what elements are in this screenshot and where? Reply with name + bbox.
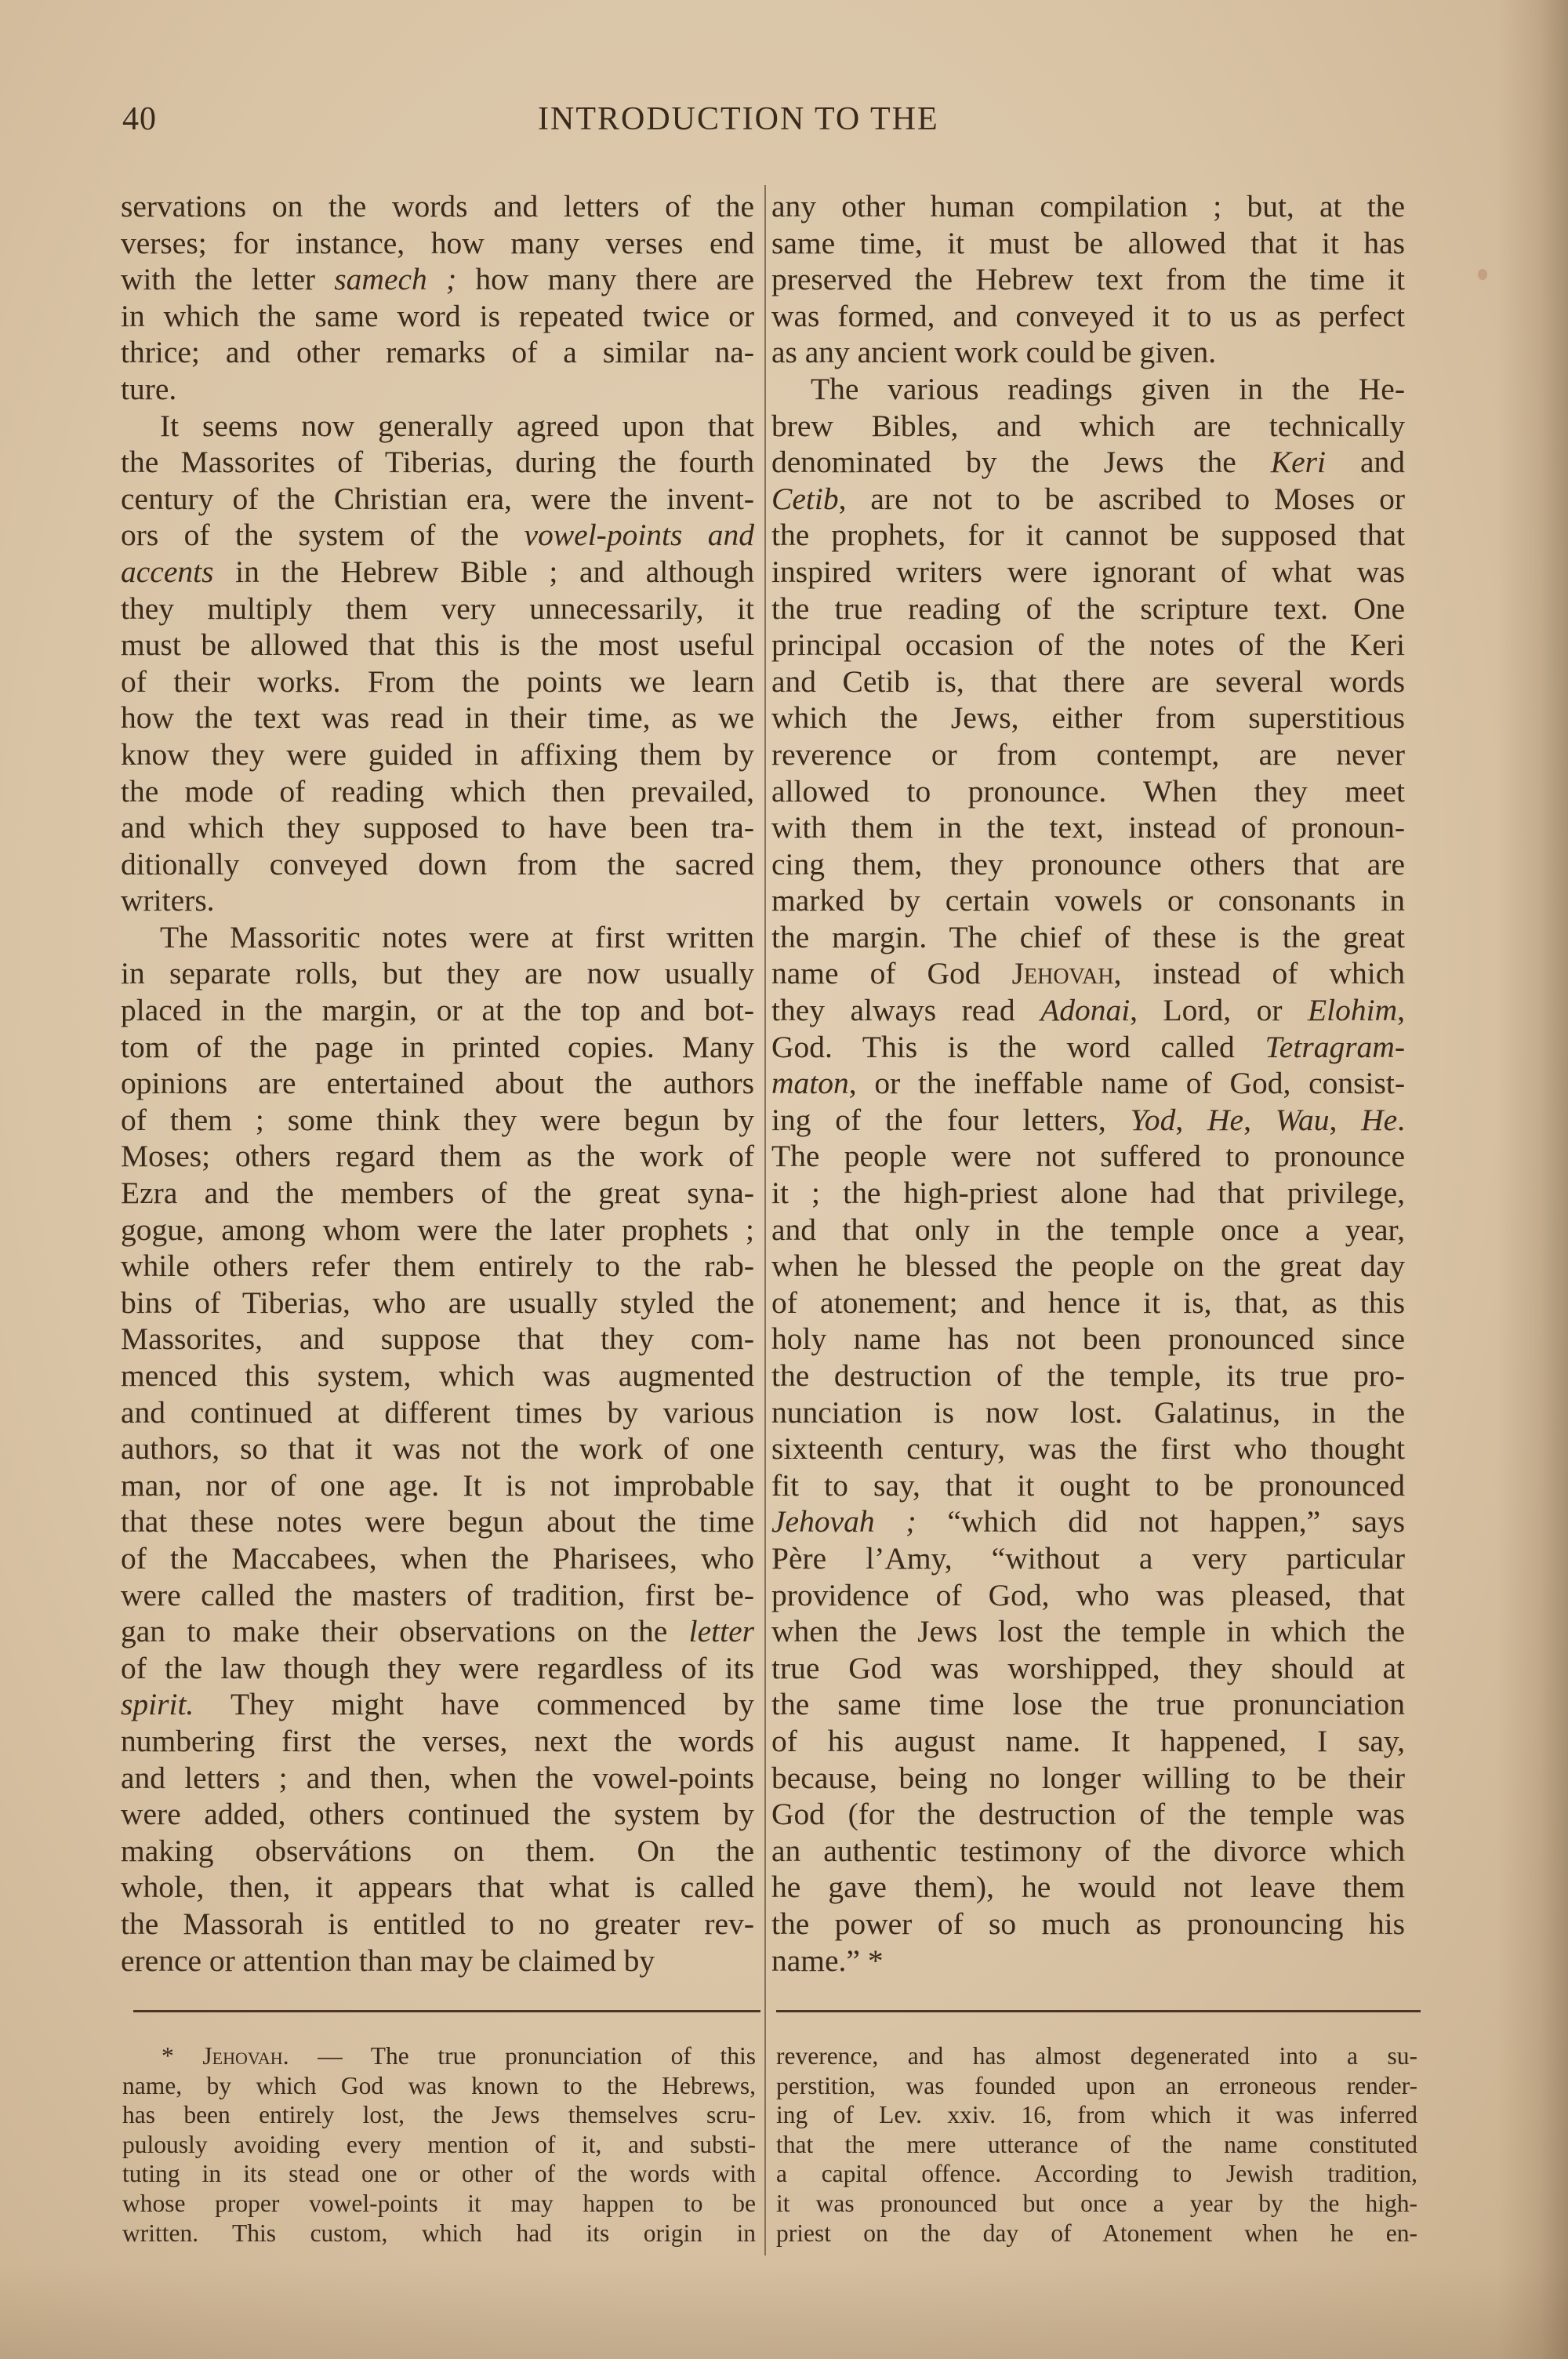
page-header: 40 INTRODUCTION TO THE — [122, 100, 1416, 147]
italic-term: Yod — [1131, 1103, 1176, 1137]
text-line: the prophets, for it cannot be supposed … — [771, 517, 1405, 554]
italic-term: spirit. — [121, 1687, 194, 1721]
text-line: and letters ; and then, when the vowel-p… — [121, 1760, 754, 1797]
text-line: the destruction of the temple, its true … — [771, 1358, 1405, 1394]
text-line: when he blessed the people on the great … — [771, 1248, 1405, 1285]
text-line: maton, or the ineffable name of God, con… — [771, 1065, 1405, 1102]
italic-term: samech ; — [334, 262, 456, 296]
text-line: the same time lose the true pronunciatio… — [771, 1686, 1405, 1723]
text-line: authors, so that it was not the work of … — [121, 1430, 754, 1467]
text-line: the Massorites of Tiberias, during the f… — [121, 444, 754, 481]
text-line: cing them, they pronounce others that ar… — [771, 846, 1405, 883]
italic-term: Wau — [1276, 1103, 1330, 1137]
text-line: in which the same word is repeated twice… — [121, 298, 754, 335]
page-number: 40 — [122, 100, 157, 138]
right-text-column: any other human compilation ; but, at th… — [771, 188, 1405, 1979]
text-line: he gave them), he would not leave them — [771, 1869, 1405, 1906]
text-line: ditionally conveyed down from the sacred — [121, 846, 754, 883]
text-line: has been entirely lost, the Jews themsel… — [122, 2100, 756, 2130]
italic-term: Cetib — [771, 482, 839, 516]
text-line: denominated by the Jews the Keri and — [771, 444, 1405, 481]
text-line: ing of the four letters, Yod, He, Wau, H… — [771, 1102, 1405, 1139]
text-line: of his august name. It happened, I say, — [771, 1723, 1405, 1760]
text-line: that the mere utterance of the name cons… — [776, 2130, 1417, 2160]
text-line: ors of the system of the vowel-points an… — [121, 517, 754, 554]
text-line: making observátions on them. On the — [121, 1833, 754, 1870]
text-line: with the letter samech ; how many there … — [121, 261, 754, 298]
text-line: tuting in its stead one or other of the … — [122, 2159, 756, 2189]
column-divider — [764, 185, 766, 2255]
text-line: bins of Tiberias, who are usually styled… — [121, 1285, 754, 1321]
footnote-right: reverence, and has almost degenerated in… — [776, 2041, 1417, 2248]
text-line: true God was worshipped, they should at — [771, 1650, 1405, 1687]
page-bottom-shade — [0, 2265, 1568, 2359]
footnote-rule-right — [776, 2010, 1421, 2012]
text-line: erence or attention than may be claimed … — [121, 1943, 754, 1979]
text-line: same time, it must be allowed that it ha… — [771, 225, 1405, 262]
text-line: providence of God, who was pleased, that — [771, 1577, 1405, 1614]
small-caps-term: Jehovah. — [202, 2042, 289, 2070]
text-line: thrice; and other remarks of a similar n… — [121, 334, 754, 371]
text-line: in separate rolls, but they are now usua… — [121, 955, 754, 992]
text-line: century of the Christian era, were the i… — [121, 481, 754, 518]
text-line: numbering first the verses, next the wor… — [121, 1723, 754, 1760]
text-line: know they were guided in affixing them b… — [121, 736, 754, 773]
text-line: name of God Jehovah, instead of which — [771, 955, 1405, 992]
foxing-spot — [1478, 269, 1487, 280]
text-line: when the Jews lost the temple in which t… — [771, 1613, 1405, 1650]
text-line: marked by certain vowels or consonants i… — [771, 882, 1405, 919]
text-line: of the law though they were regardless o… — [121, 1650, 754, 1687]
text-line: Père l’Amy, “without a very particular — [771, 1540, 1405, 1577]
text-line: opinions are entertained about the autho… — [121, 1065, 754, 1102]
text-line: it ; the high-priest alone had that priv… — [771, 1175, 1405, 1212]
text-line: was formed, and conveyed it to us as per… — [771, 298, 1405, 335]
text-line: God. This is the word called Tetragram- — [771, 1029, 1405, 1066]
text-line: while others refer them entirely to the … — [121, 1248, 754, 1285]
text-line: inspired writers were ignorant of what w… — [771, 554, 1405, 591]
text-line: reverence or from contempt, are never — [771, 736, 1405, 773]
text-line: tom of the page in printed copies. Many — [121, 1029, 754, 1066]
text-line: holy name has not been pronounced since — [771, 1321, 1405, 1358]
text-line: they always read Adonai, Lord, or Elohim… — [771, 992, 1405, 1029]
text-line: It seems now generally agreed upon that — [121, 408, 754, 445]
italic-term: maton — [771, 1066, 849, 1100]
text-line: of their works. From the points we learn — [121, 663, 754, 700]
italic-term: accents — [121, 554, 213, 589]
italic-term: Tetragram- — [1265, 1030, 1405, 1064]
page-edge-shadow — [1497, 0, 1568, 2359]
italic-term: Adonai — [1040, 993, 1130, 1027]
text-line: accents in the Hebrew Bible ; and althou… — [121, 554, 754, 591]
text-line: because, being no longer willing to be t… — [771, 1760, 1405, 1797]
text-line: verses; for instance, how many verses en… — [121, 225, 754, 262]
text-line: priest on the day of Atonement when he e… — [776, 2219, 1417, 2248]
text-line: Ezra and the members of the great syna- — [121, 1175, 754, 1212]
text-line: and that only in the temple once a year, — [771, 1212, 1405, 1249]
text-line: any other human compilation ; but, at th… — [771, 188, 1405, 225]
text-line: Cetib, are not to be ascribed to Moses o… — [771, 481, 1405, 518]
text-line: nunciation is now lost. Galatinus, in th… — [771, 1394, 1405, 1431]
text-line: were called the masters of tradition, fi… — [121, 1577, 754, 1614]
text-line: must be allowed that this is the most us… — [121, 627, 754, 663]
text-line: ing of Lev. xxiv. 16, from which it was … — [776, 2100, 1417, 2130]
text-line: of the Maccabees, when the Pharisees, wh… — [121, 1540, 754, 1577]
text-line: and Cetib is, that there are several wor… — [771, 663, 1405, 700]
text-line: sixteenth century, was the first who tho… — [771, 1430, 1405, 1467]
text-line: of atonement; and hence it is, that, as … — [771, 1285, 1405, 1321]
text-line: The Massoritic notes were at first writt… — [121, 919, 754, 956]
text-line: preserved the Hebrew text from the time … — [771, 261, 1405, 298]
text-line: whose proper vowel-points it may happen … — [122, 2189, 756, 2219]
text-line: Massorites, and suppose that they com- — [121, 1321, 754, 1358]
text-line: which the Jews, either from superstitiou… — [771, 700, 1405, 736]
small-caps-term: Jehovah — [1012, 956, 1114, 990]
italic-term: Jehovah ; — [771, 1504, 916, 1539]
text-line: perstition, was founded upon an erroneou… — [776, 2071, 1417, 2101]
text-line: principal occasion of the notes of the K… — [771, 627, 1405, 663]
left-text-column: servations on the words and letters of t… — [121, 188, 754, 1979]
text-line: the margin. The chief of these is the gr… — [771, 919, 1405, 956]
text-line: brew Bibles, and which are technically — [771, 408, 1405, 445]
text-line: The various readings given in the He- — [771, 371, 1405, 408]
text-line: and which they supposed to have been tra… — [121, 809, 754, 846]
text-line: written. This custom, which had its orig… — [122, 2219, 756, 2248]
text-line: The people were not suffered to pronounc… — [771, 1138, 1405, 1175]
text-line: as any ancient work could be given. — [771, 334, 1405, 371]
text-line: it was pronounced but once a year by the… — [776, 2189, 1417, 2219]
italic-term: letter — [689, 1614, 754, 1648]
text-line: the true reading of the scripture text. … — [771, 591, 1405, 627]
text-line: pulously avoiding every mention of it, a… — [122, 2130, 756, 2160]
text-line: the power of so much as pronouncing his — [771, 1906, 1405, 1943]
text-line: and continued at different times by vari… — [121, 1394, 754, 1431]
text-line: that these notes were begun about the ti… — [121, 1503, 754, 1540]
text-line: they multiply them very unnecessarily, i… — [121, 591, 754, 627]
text-line: reverence, and has almost degenerated in… — [776, 2041, 1417, 2071]
text-line: ture. — [121, 371, 754, 408]
text-line: allowed to pronounce. When they meet — [771, 773, 1405, 810]
italic-term: Keri — [1271, 445, 1326, 479]
text-line: servations on the words and letters of t… — [121, 188, 754, 225]
footnote-left: * Jehovah. — The true pronunciation of t… — [122, 2041, 756, 2248]
text-line: how the text was read in their time, as … — [121, 700, 754, 736]
text-line: the Massorah is entitled to no greater r… — [121, 1906, 754, 1943]
text-line: placed in the margin, or at the top and … — [121, 992, 754, 1029]
italic-term: He — [1207, 1103, 1243, 1137]
text-line: menced this system, which was augmented — [121, 1358, 754, 1394]
text-line: whole, then, it appears that what is cal… — [121, 1869, 754, 1906]
text-line: spirit. They might have commenced by — [121, 1686, 754, 1723]
text-line: * Jehovah. — The true pronunciation of t… — [122, 2041, 756, 2071]
footnote-rule-left — [133, 2010, 760, 2012]
text-line: a capital offence. According to Jewish t… — [776, 2159, 1417, 2189]
text-line: man, nor of one age. It is not improbabl… — [121, 1467, 754, 1504]
italic-term: Elohim — [1308, 993, 1397, 1027]
running-title: INTRODUCTION TO THE — [538, 100, 939, 138]
text-line: Jehovah ; “which did not happen,” says — [771, 1503, 1405, 1540]
text-line: writers. — [121, 882, 754, 919]
text-line: Moses; others regard them as the work of — [121, 1138, 754, 1175]
text-line: gan to make their observations on the le… — [121, 1613, 754, 1650]
text-line: were added, others continued the system … — [121, 1796, 754, 1833]
italic-term: vowel-points and — [524, 518, 754, 552]
text-line: with them in the text, instead of pronou… — [771, 809, 1405, 846]
text-line: name, by which God was known to the Hebr… — [122, 2071, 756, 2101]
text-line: God (for the destruction of the temple w… — [771, 1796, 1405, 1833]
text-line: an authentic testimony of the divorce wh… — [771, 1833, 1405, 1870]
text-line: name.” * — [771, 1943, 1405, 1979]
text-line: gogue, among whom were the later prophet… — [121, 1212, 754, 1249]
italic-term: He — [1361, 1103, 1397, 1137]
text-line: the mode of reading which then prevailed… — [121, 773, 754, 810]
text-line: fit to say, that it ought to be pronounc… — [771, 1467, 1405, 1504]
text-line: of them ; some think they were begun by — [121, 1102, 754, 1139]
